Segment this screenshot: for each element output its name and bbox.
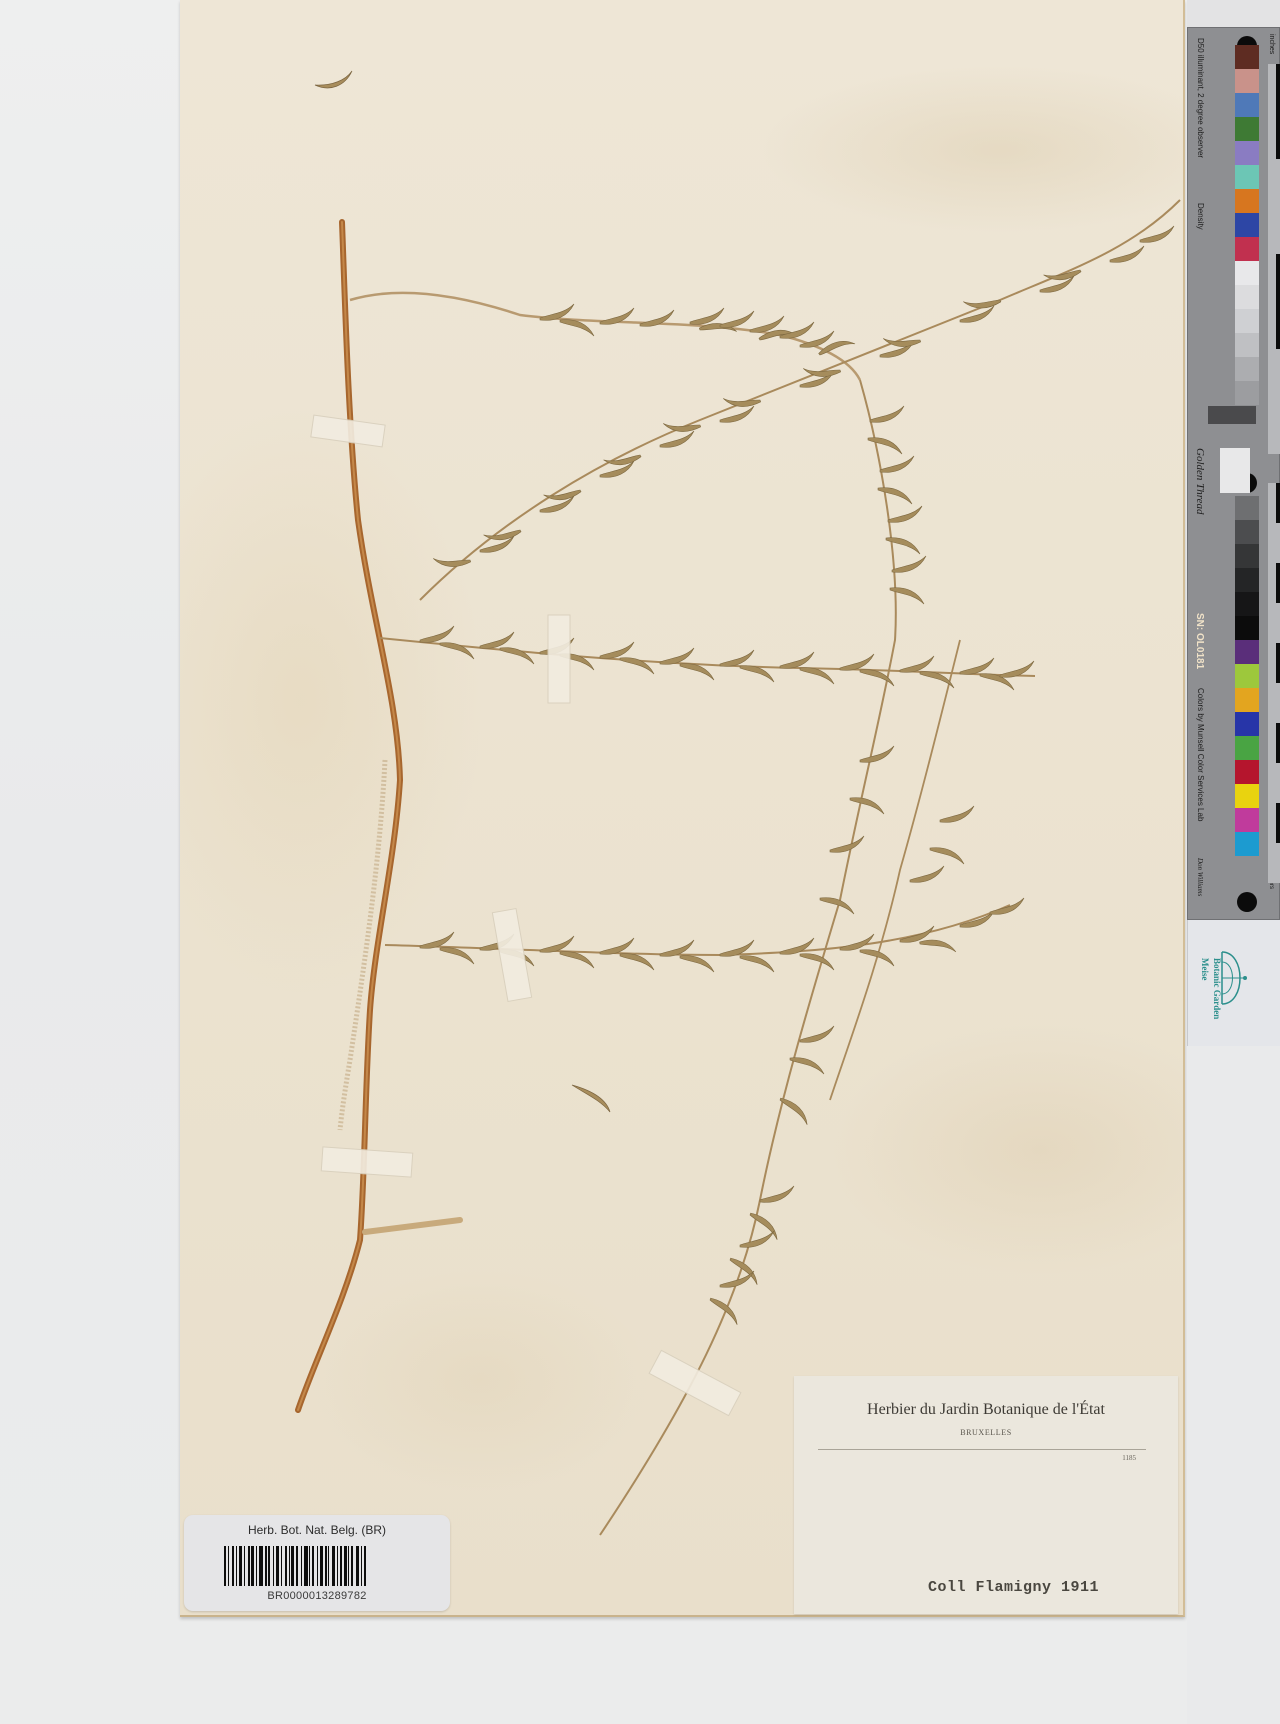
color-patch-26 (1235, 736, 1259, 760)
grey-step-20 (1235, 592, 1259, 616)
leaves-branch-1 (540, 304, 855, 366)
signature: Don Williams (1196, 858, 1204, 896)
density-label: Density (1196, 203, 1205, 230)
meise-line-2: Meise (1200, 958, 1210, 981)
chart-punch-hole (1237, 892, 1257, 912)
backdrop-strip (1187, 1046, 1280, 1724)
munsell-credit: Colors by Munsell Color Services Lab (1196, 688, 1205, 821)
leaves-descending (705, 406, 974, 1325)
herbarium-label: Herbier du Jardin Botanique de l'État BR… (794, 1376, 1178, 1614)
color-patch-28 (1235, 784, 1259, 808)
ruler-bar (1276, 723, 1280, 763)
barcode-bars (224, 1546, 414, 1586)
grey-step-21 (1235, 616, 1259, 640)
color-patch-12 (1235, 309, 1259, 333)
botanic-garden-meise-card: Botanic Garden Meise (1187, 920, 1280, 1046)
color-patch-25 (1235, 712, 1259, 736)
herbarium-label-city: BRUXELLES (794, 1428, 1178, 1437)
ruler-bar (1276, 483, 1280, 523)
herbarium-label-number: 1185 (1122, 1454, 1136, 1462)
color-patch-29 (1235, 808, 1259, 832)
inch-ruler (1268, 64, 1280, 454)
grey-scale-strip (1208, 406, 1256, 424)
grey-step-17 (1235, 520, 1259, 544)
color-patch-7 (1235, 189, 1259, 213)
color-patch-15 (1235, 381, 1259, 405)
color-patch-3 (1235, 93, 1259, 117)
color-patch-14 (1235, 357, 1259, 381)
grey-step-19 (1235, 568, 1259, 592)
color-patch-24 (1235, 688, 1259, 712)
barcode-institution: Herb. Bot. Nat. Belg. (BR) (184, 1523, 450, 1537)
leaves-branch-2 (433, 226, 1174, 574)
collector-stamp: Coll Flamigny 1911 (928, 1579, 1099, 1596)
color-patch-10 (1235, 261, 1259, 285)
ruler-bar (1276, 254, 1280, 349)
color-patch-2 (1235, 69, 1259, 93)
illuminant-text: D50 illuminant, 2 degree observer (1196, 38, 1205, 158)
barcode-label: Herb. Bot. Nat. Belg. (BR) BR00000132897… (184, 1515, 450, 1611)
color-patch-1 (1235, 45, 1259, 69)
inches-label: inches (1268, 34, 1275, 54)
color-patch-13 (1235, 333, 1259, 357)
leaves-branch-3 (420, 626, 1034, 690)
mini-target-card (1220, 448, 1250, 493)
chart-backing (1187, 0, 1280, 27)
label-divider (818, 1449, 1146, 1450)
barcode-id: BR0000013289782 (184, 1590, 450, 1602)
color-patch-23 (1235, 664, 1259, 688)
color-patch-9 (1235, 237, 1259, 261)
grey-step-16 (1235, 496, 1259, 520)
color-patch-6 (1235, 165, 1259, 189)
ruler-bar (1276, 643, 1280, 683)
meise-line-1: Botanic Garden (1212, 958, 1222, 1019)
color-patch-22 (1235, 640, 1259, 664)
color-patch-8 (1235, 213, 1259, 237)
color-patch-27 (1235, 760, 1259, 784)
mounting-tape (311, 415, 741, 1416)
serial-number: SN: OL0181 (1194, 613, 1205, 669)
ruler-bar (1276, 563, 1280, 603)
color-patch-30 (1235, 832, 1259, 856)
ruler-bar (1276, 64, 1280, 159)
color-patch-5 (1235, 141, 1259, 165)
herbarium-label-title: Herbier du Jardin Botanique de l'État (794, 1401, 1178, 1419)
cm-ruler (1268, 483, 1280, 883)
grey-step-18 (1235, 544, 1259, 568)
color-patch-4 (1235, 117, 1259, 141)
brand-text: Golden Thread (1194, 448, 1206, 515)
color-calibration-chart: inches centimeters D50 illuminant, 2 deg… (1187, 27, 1280, 920)
meise-logo-icon (1218, 948, 1250, 1008)
color-patch-11 (1235, 285, 1259, 309)
ruler-bar (1276, 803, 1280, 843)
